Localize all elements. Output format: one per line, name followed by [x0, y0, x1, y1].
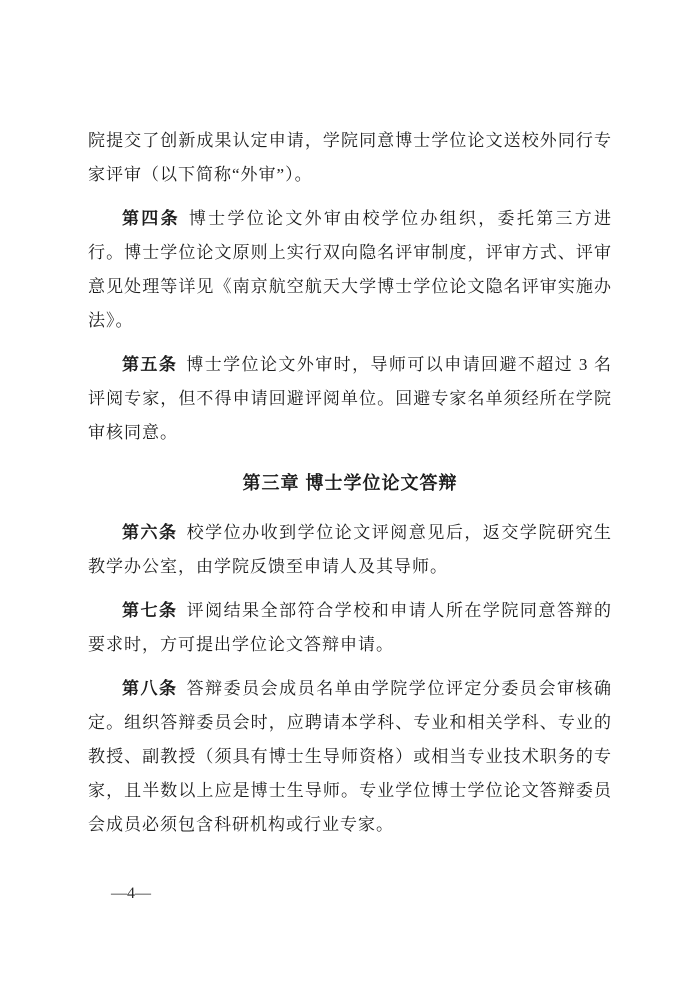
- paragraph-text: 院提交了创新成果认定申请，学院同意博士学位论文送校外同行专家评审（以下简称“外审…: [88, 131, 612, 184]
- paragraph-continuation: 院提交了创新成果认定申请，学院同意博士学位论文送校外同行专家评审（以下简称“外审…: [88, 124, 612, 192]
- article-7-label: 第七条: [122, 601, 178, 620]
- paragraph-article-8: 第八条答辩委员会成员名单由学院学位评定分委员会审核确定。组织答辩委员会时，应聘请…: [88, 672, 612, 842]
- paragraph-article-4: 第四条博士学位论文外审由校学位办组织，委托第三方进行。博士学位论文原则上实行双向…: [88, 202, 612, 338]
- article-5-label: 第五条: [122, 355, 177, 374]
- document-page: 院提交了创新成果认定申请，学院同意博士学位论文送校外同行专家评审（以下简称“外审…: [0, 0, 699, 989]
- paragraph-article-7: 第七条评阅结果全部符合学校和申请人所在学院同意答辩的要求时，方可提出学位论文答辩…: [88, 594, 612, 662]
- article-6-label: 第六条: [122, 523, 178, 542]
- page-number: —4—: [111, 883, 151, 905]
- article-8-label: 第八条: [122, 679, 178, 698]
- article-4-label: 第四条: [122, 209, 180, 228]
- page-content: 院提交了创新成果认定申请，学院同意博士学位论文送校外同行专家评审（以下简称“外审…: [88, 124, 612, 852]
- paragraph-article-5: 第五条博士学位论文外审时，导师可以申请回避不超过 3 名评阅专家，但不得申请回避…: [88, 348, 612, 450]
- article-8-text: 答辩委员会成员名单由学院学位评定分委员会审核确定。组织答辩委员会时，应聘请本学科…: [88, 679, 612, 834]
- paragraph-article-6: 第六条校学位办收到学位论文评阅意见后，返交学院研究生教学办公室，由学院反馈至申请…: [88, 516, 612, 584]
- chapter-heading: 第三章 博士学位论文答辩: [88, 466, 612, 500]
